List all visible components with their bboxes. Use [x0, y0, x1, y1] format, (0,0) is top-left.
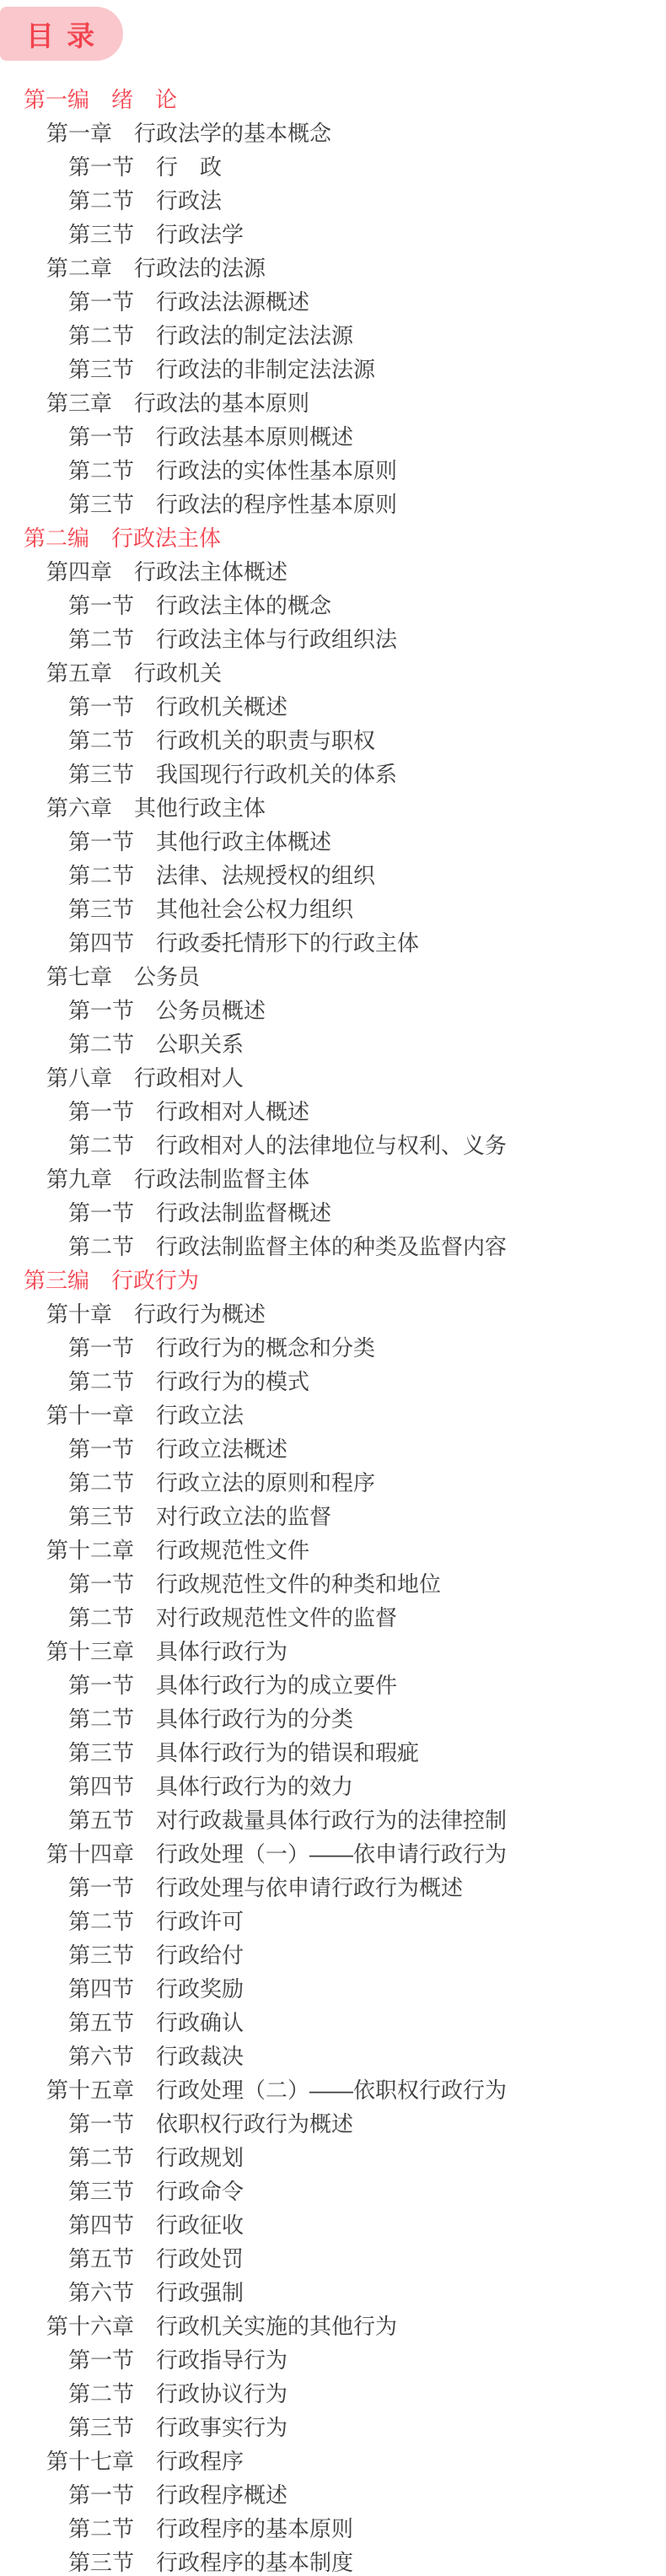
toc-entry-section: 第一节 行政法基本原则概述 [0, 420, 666, 454]
toc-entry-section: 第三节 行政程序的基本制度 [0, 2546, 666, 2576]
toc-entry-chapter: 第二章 行政法的法源 [0, 251, 666, 285]
toc-entry-section: 第二节 行政法制监督主体的种类及监督内容 [0, 1230, 666, 1264]
toc-entry-chapter: 第十四章 行政处理（一）——依申请行政行为 [0, 1837, 666, 1871]
toc-entry-section: 第二节 行政法主体与行政组织法 [0, 622, 666, 656]
toc-entry-section: 第二节 具体行政行为的分类 [0, 1702, 666, 1736]
toc-entry-section: 第一节 具体行政行为的成立要件 [0, 1668, 666, 1702]
toc-entry-section: 第三节 对行政立法的监督 [0, 1500, 666, 1533]
toc-entry-chapter: 第十三章 具体行政行为 [0, 1635, 666, 1668]
toc-entry-section: 第一节 行政法制监督概述 [0, 1196, 666, 1230]
toc-entry-chapter: 第九章 行政法制监督主体 [0, 1162, 666, 1196]
toc-entry-section: 第三节 行政法学 [0, 218, 666, 251]
toc-entry-section: 第三节 行政法的非制定法法源 [0, 353, 666, 386]
toc-entry-section: 第五节 对行政裁量具体行政行为的法律控制 [0, 1803, 666, 1837]
toc-entry-section: 第二节 公职关系 [0, 1027, 666, 1061]
toc-entry-section: 第二节 行政法 [0, 184, 666, 218]
toc-entry-section: 第三节 行政法的程序性基本原则 [0, 488, 666, 521]
toc-entry-part: 第一编 绪 论 [0, 83, 666, 116]
toc-entry-chapter: 第四章 行政法主体概述 [0, 555, 666, 589]
toc-entry-section: 第四节 行政奖励 [0, 1972, 666, 2006]
toc-title: 目 录 [26, 14, 97, 54]
toc-entry-section: 第二节 行政立法的原则和程序 [0, 1466, 666, 1500]
toc-list: 第一编 绪 论第一章 行政法学的基本概念第一节 行 政第二节 行政法第三节 行政… [0, 83, 666, 2576]
toc-entry-section: 第三节 其他社会公权力组织 [0, 892, 666, 926]
toc-entry-part: 第二编 行政法主体 [0, 521, 666, 555]
toc-entry-section: 第一节 行政机关概述 [0, 690, 666, 724]
toc-entry-section: 第一节 公务员概述 [0, 994, 666, 1027]
toc-entry-section: 第一节 依职权行政行为概述 [0, 2107, 666, 2141]
toc-entry-chapter: 第五章 行政机关 [0, 656, 666, 690]
toc-entry-section: 第三节 行政给付 [0, 1938, 666, 1972]
toc-entry-section: 第二节 行政规划 [0, 2141, 666, 2175]
toc-entry-chapter: 第十六章 行政机关实施的其他行为 [0, 2309, 666, 2343]
toc-entry-section: 第三节 行政命令 [0, 2175, 666, 2208]
toc-entry-chapter: 第十二章 行政规范性文件 [0, 1533, 666, 1567]
toc-entry-section: 第三节 行政事实行为 [0, 2411, 666, 2444]
toc-entry-section: 第二节 行政行为的模式 [0, 1365, 666, 1398]
toc-entry-section: 第四节 行政征收 [0, 2208, 666, 2242]
toc-entry-section: 第二节 法律、法规授权的组织 [0, 859, 666, 892]
toc-entry-chapter: 第六章 其他行政主体 [0, 791, 666, 825]
toc-entry-section: 第一节 行政处理与依申请行政行为概述 [0, 1871, 666, 1905]
toc-entry-section: 第二节 行政协议行为 [0, 2377, 666, 2411]
toc-entry-section: 第一节 行政法主体的概念 [0, 589, 666, 622]
toc-entry-chapter: 第十章 行政行为概述 [0, 1297, 666, 1331]
toc-entry-section: 第六节 行政强制 [0, 2276, 666, 2309]
toc-entry-section: 第一节 行政指导行为 [0, 2343, 666, 2377]
toc-entry-section: 第五节 行政确认 [0, 2006, 666, 2040]
toc-entry-chapter: 第十一章 行政立法 [0, 1398, 666, 1432]
toc-entry-section: 第二节 行政许可 [0, 1905, 666, 1938]
toc-entry-section: 第二节 行政法的制定法法源 [0, 319, 666, 353]
toc-entry-chapter: 第十五章 行政处理（二）——依职权行政行为 [0, 2073, 666, 2107]
toc-entry-chapter: 第八章 行政相对人 [0, 1061, 666, 1095]
toc-entry-chapter: 第三章 行政法的基本原则 [0, 386, 666, 420]
toc-entry-section: 第二节 行政法的实体性基本原则 [0, 454, 666, 488]
toc-entry-part: 第三编 行政行为 [0, 1264, 666, 1297]
toc-entry-section: 第二节 行政程序的基本原则 [0, 2512, 666, 2546]
toc-entry-section: 第一节 行政相对人概述 [0, 1095, 666, 1129]
toc-entry-section: 第一节 其他行政主体概述 [0, 825, 666, 859]
toc-entry-section: 第三节 具体行政行为的错误和瑕疵 [0, 1736, 666, 1770]
toc-entry-section: 第二节 行政机关的职责与职权 [0, 724, 666, 757]
toc-entry-chapter: 第十七章 行政程序 [0, 2444, 666, 2478]
toc-entry-section: 第一节 行政行为的概念和分类 [0, 1331, 666, 1365]
toc-header-badge: 目 录 [0, 7, 123, 61]
toc-entry-section: 第一节 行政程序概述 [0, 2478, 666, 2512]
toc-entry-section: 第一节 行政规范性文件的种类和地位 [0, 1567, 666, 1601]
toc-entry-section: 第一节 行政立法概述 [0, 1432, 666, 1466]
toc-entry-section: 第六节 行政裁决 [0, 2040, 666, 2073]
toc-entry-chapter: 第七章 公务员 [0, 960, 666, 994]
toc-entry-chapter: 第一章 行政法学的基本概念 [0, 116, 666, 150]
toc-entry-section: 第二节 行政相对人的法律地位与权利、义务 [0, 1129, 666, 1162]
toc-entry-section: 第一节 行 政 [0, 150, 666, 184]
toc-entry-section: 第三节 我国现行行政机关的体系 [0, 757, 666, 791]
toc-entry-section: 第二节 对行政规范性文件的监督 [0, 1601, 666, 1635]
toc-entry-section: 第四节 具体行政行为的效力 [0, 1770, 666, 1803]
toc-entry-section: 第五节 行政处罚 [0, 2242, 666, 2276]
toc-entry-section: 第一节 行政法法源概述 [0, 285, 666, 319]
toc-entry-section: 第四节 行政委托情形下的行政主体 [0, 926, 666, 960]
